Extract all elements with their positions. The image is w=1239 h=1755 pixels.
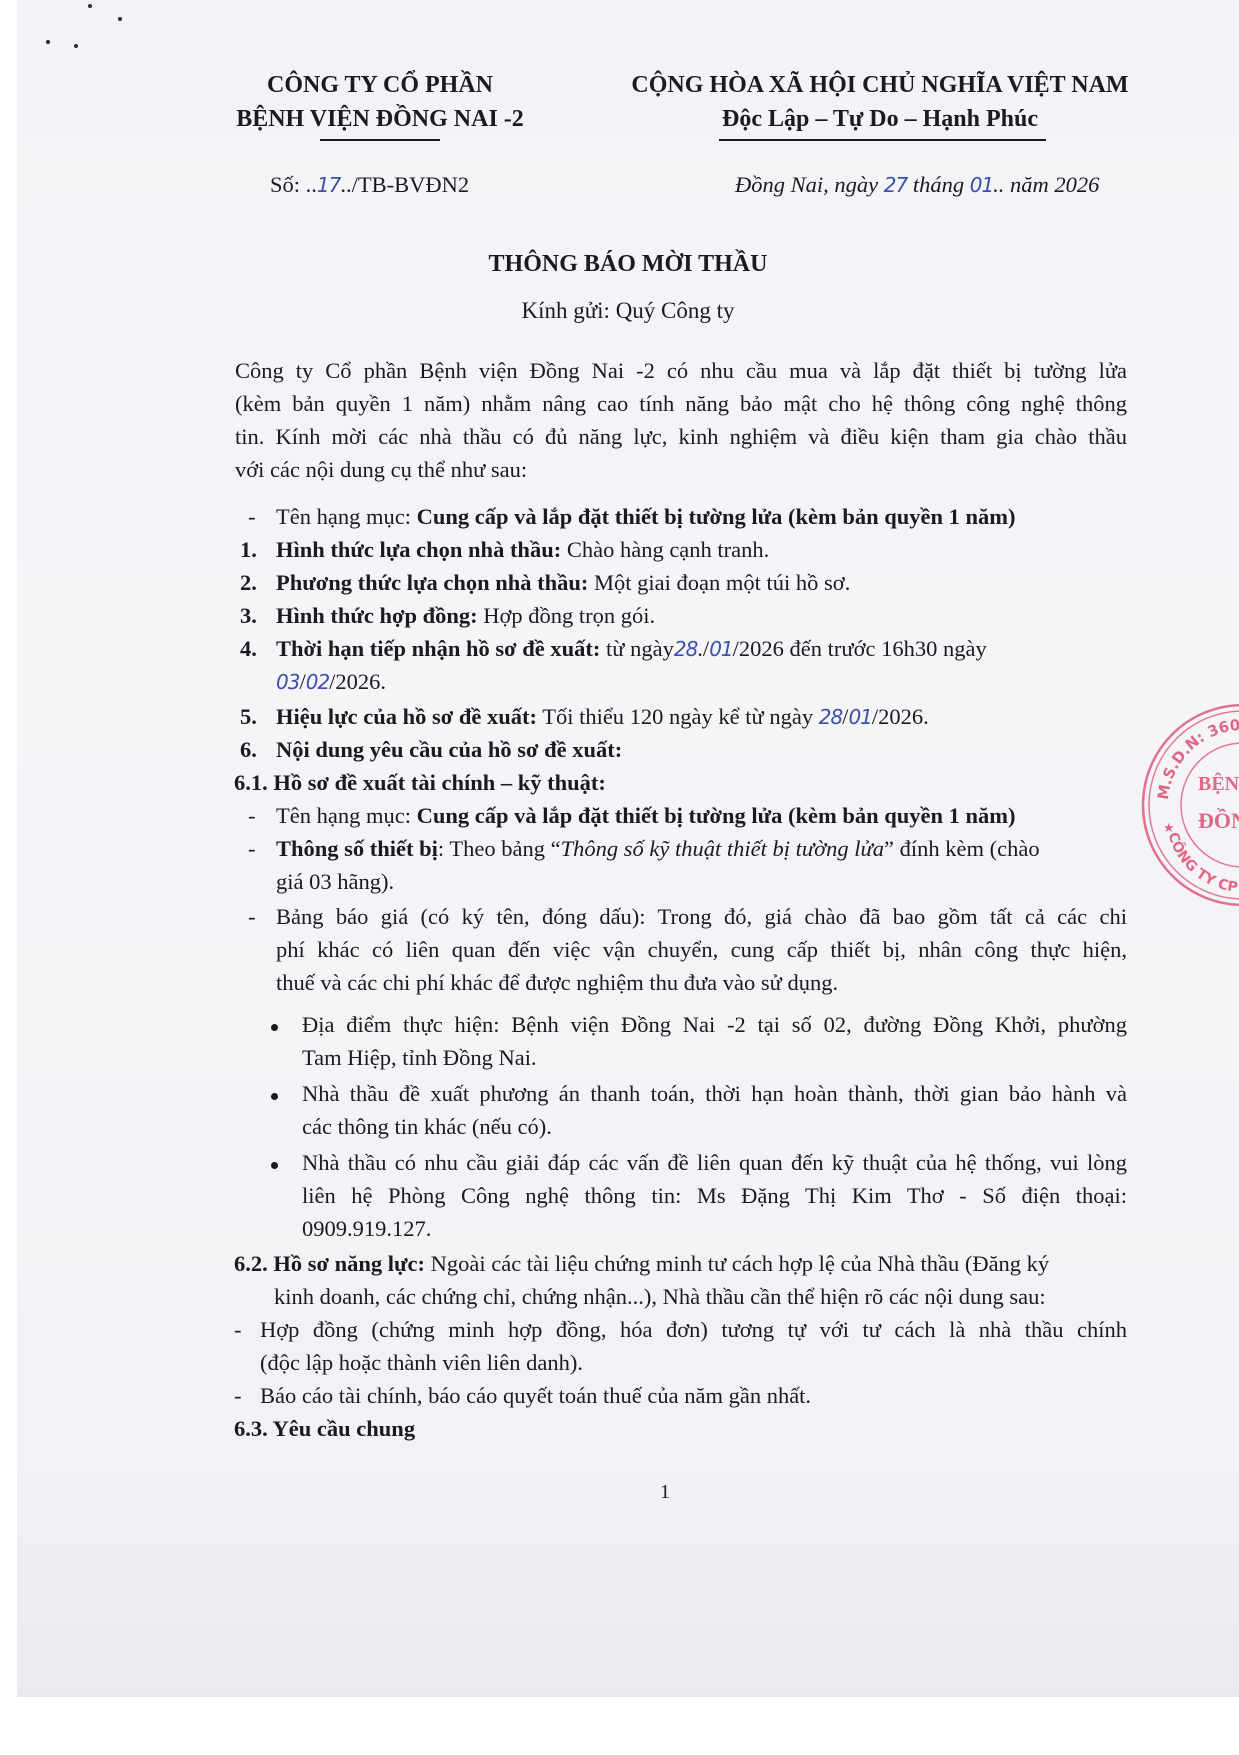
- document-number: Số: ..17../TB-BVĐN2: [270, 170, 469, 200]
- item-name: Tên hạng mục: Cung cấp và lắp đặt thiết …: [276, 502, 1016, 532]
- svg-text:CÔNG TY CP: CÔNG TY CP: [1164, 830, 1238, 895]
- quote-line-3: thuế và các chi phí khác để được nghiệm …: [276, 968, 838, 998]
- svg-text:★: ★: [1163, 821, 1175, 836]
- list-dash: -: [248, 502, 256, 532]
- scan-speck: [88, 4, 92, 8]
- list-dash: -: [234, 1381, 242, 1411]
- section-number: 5.: [240, 702, 257, 732]
- company-stamp-icon: M.S.D.N: 360 CÔNG TY CP ★ BỆNH ĐỒN: [1138, 700, 1239, 910]
- nation-motto: Độc Lập – Tự Do – Hạnh Phúc: [605, 104, 1155, 134]
- section-6-1-spec: Thông số thiết bị: Theo bảng “Thông số k…: [276, 834, 1040, 864]
- scan-speck: [118, 17, 122, 21]
- intro-line-1: Công ty Cổ phần Bệnh viện Đồng Nai -2 có…: [235, 356, 1127, 386]
- bullet-1-line-2: Tam Hiệp, tỉnh Đồng Nai.: [302, 1043, 537, 1073]
- section-4: Thời hạn tiếp nhận hồ sơ đề xuất: từ ngà…: [276, 634, 987, 664]
- bullet-icon: [271, 1024, 278, 1031]
- section-6-3-title: 6.3. Yêu cầu chung: [234, 1414, 415, 1444]
- svg-text:BỆNH: BỆNH: [1198, 772, 1239, 795]
- list-dash: -: [234, 1315, 242, 1345]
- handwritten-date: 28: [819, 705, 842, 729]
- intro-line-4: với các nội dung cụ thể như sau:: [235, 455, 527, 485]
- document-date: Đồng Nai, ngày 27 tháng 01.. năm 2026: [735, 170, 1099, 200]
- section-6: Nội dung yêu cầu của hồ sơ đề xuất:: [276, 735, 622, 765]
- handwritten-number: 17: [317, 173, 340, 197]
- intro-line-3: tin. Kính mời các nhà thầu có đủ năng lự…: [235, 422, 1127, 452]
- section-6-1-title: 6.1. Hồ sơ đề xuất tài chính – kỹ thuật:: [234, 768, 606, 798]
- handwritten-date: 03: [276, 670, 299, 694]
- section-number: 3.: [240, 601, 257, 631]
- section-5: Hiệu lực của hồ sơ đề xuất: Tối thiểu 12…: [276, 702, 929, 732]
- salutation: Kính gửi: Quý Công ty: [17, 296, 1239, 326]
- handwritten-date: 02: [306, 670, 329, 694]
- nation-title: CỘNG HÒA XÃ HỘI CHỦ NGHĨA VIỆT NAM: [605, 70, 1155, 100]
- section-2: Phương thức lựa chọn nhà thầu: Một giai …: [276, 568, 850, 598]
- bullet-3-line-3: 0909.919.127.: [302, 1214, 431, 1244]
- section-number: 4.: [240, 634, 257, 664]
- section-6-2-cont: kinh doanh, các chứng chỉ, chứng nhận...…: [274, 1282, 1046, 1312]
- list-dash: -: [248, 902, 256, 932]
- quote-line-2: phí khác có liên quan đến việc vận chuyể…: [276, 935, 1127, 965]
- section-6-2: 6.2. Hồ sơ năng lực: Ngoài các tài liệu …: [234, 1249, 1049, 1279]
- bullet-3-line-1: Nhà thầu có nhu cầu giải đáp các vấn đề …: [302, 1148, 1127, 1178]
- handwritten-month: 01: [970, 173, 993, 197]
- bullet-2-line-2: các thông tin khác (nếu có).: [302, 1112, 552, 1142]
- handwritten-day: 27: [884, 173, 907, 197]
- page-number: 1: [660, 1477, 670, 1507]
- company-underline: [320, 139, 440, 141]
- motto-underline: [719, 139, 1046, 141]
- section-4-cont: 03/02/2026.: [276, 667, 386, 697]
- handwritten-date: 01: [709, 637, 732, 661]
- section-6-1-spec-cont: giá 03 hãng).: [276, 867, 394, 897]
- list-dash: -: [248, 834, 256, 864]
- svg-text:ĐỒN: ĐỒN: [1198, 808, 1239, 833]
- company-name-line1: CÔNG TY CỔ PHẦN: [195, 70, 565, 100]
- list-dash: -: [248, 801, 256, 831]
- capacity-item-2: Báo cáo tài chính, báo cáo quyết toán th…: [260, 1381, 811, 1411]
- company-name-line2: BỆNH VIỆN ĐỒNG NAI -2: [195, 104, 565, 134]
- bullet-2-line-1: Nhà thầu đề xuất phương án thanh toán, t…: [302, 1079, 1127, 1109]
- handwritten-date: 01: [848, 705, 871, 729]
- section-number: 1.: [240, 535, 257, 565]
- intro-line-2: (kèm bản quyền 1 năm) nhằm nâng cao tính…: [235, 389, 1127, 419]
- section-3: Hình thức hợp đồng: Hợp đồng trọn gói.: [276, 601, 655, 631]
- bullet-1-line-1: Địa điểm thực hiện: Bệnh viện Đồng Nai -…: [302, 1010, 1127, 1040]
- section-number: 2.: [240, 568, 257, 598]
- scan-speck: [74, 44, 78, 48]
- handwritten-date: 28: [674, 637, 697, 661]
- scan-speck: [46, 40, 50, 44]
- bullet-3-line-2: liên hệ Phòng Công nghệ thông tin: Ms Đặ…: [302, 1181, 1127, 1211]
- section-number: 6.: [240, 735, 257, 765]
- quote-line-1: Bảng báo giá (có ký tên, đóng dấu): Tron…: [276, 902, 1127, 932]
- capacity-item-1-line-2: (độc lập hoặc thành viên liên danh).: [260, 1348, 583, 1378]
- capacity-item-1-line-1: Hợp đồng (chứng minh hợp đồng, hóa đơn) …: [260, 1315, 1127, 1345]
- bullet-icon: [271, 1162, 278, 1169]
- document-title: THÔNG BÁO MỜI THẦU: [17, 249, 1239, 279]
- bullet-icon: [271, 1093, 278, 1100]
- section-6-1-item: Tên hạng mục: Cung cấp và lắp đặt thiết …: [276, 801, 1016, 831]
- section-1: Hình thức lựa chọn nhà thầu: Chào hàng c…: [276, 535, 769, 565]
